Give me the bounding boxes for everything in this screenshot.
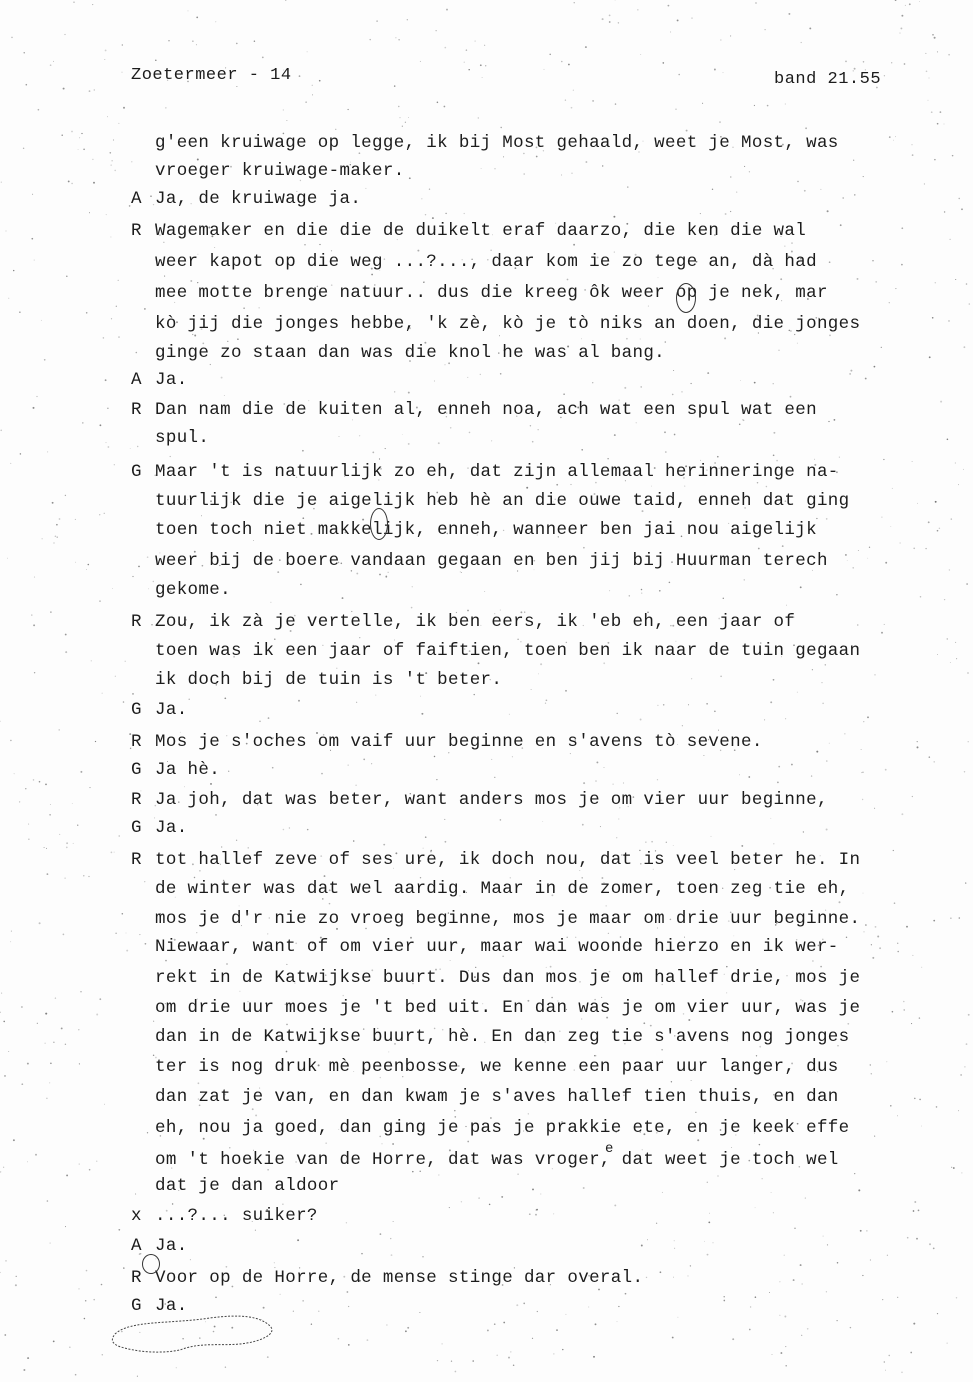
transcript-line: Ja joh, dat was beter, want anders mos j…	[155, 790, 828, 810]
transcript-line: Ja.	[155, 1236, 188, 1256]
speaker-label: x	[131, 1206, 142, 1226]
paper-noise	[0, 0, 973, 1382]
transcript-line: ...?... suiker?	[155, 1206, 318, 1226]
transcript-line: dan zat je van, en dan kwam je s'aves ha…	[155, 1087, 839, 1107]
typewritten-transcript-page: Zoetermeer - 14 band 21.55 g'een kruiwag…	[0, 0, 973, 1382]
transcript-line: Wagemaker en die die de duikelt eraf daa…	[155, 221, 806, 241]
transcript-line: mee motte brenge natuur.. dus die kreeg …	[155, 283, 828, 303]
transcript-line: kò jij die jonges hebbe, 'k zè, kò je tò…	[155, 314, 860, 334]
speaker-label: R	[131, 732, 142, 752]
transcript-line: mos je d'r nie zo vroeg beginne, mos je …	[155, 909, 860, 929]
transcript-line: Ja.	[155, 818, 188, 838]
speaker-label: R	[131, 1268, 142, 1288]
speaker-label: R	[131, 790, 142, 810]
speaker-label: G	[131, 818, 142, 838]
page-header-tape-number: band 21.55	[774, 70, 881, 89]
handwritten-circle-mark	[142, 1254, 160, 1274]
speaker-label: R	[131, 400, 142, 420]
transcript-line: ginge zo staan dan was die knol he was a…	[155, 343, 665, 363]
interlinear-correction: e	[605, 1141, 613, 1157]
speaker-label: R	[131, 612, 142, 632]
transcript-line: Voor op de Horre, de mense stinge dar ov…	[155, 1268, 643, 1288]
speaker-label: A	[131, 370, 142, 390]
speaker-label: R	[131, 850, 142, 870]
transcript-line: g'een kruiwage op legge, ik bij Most geh…	[155, 133, 839, 153]
transcript-line: Mos je s'oches om vaif uur beginne en s'…	[155, 732, 763, 752]
transcript-line: Dan nam die de kuiten al, enneh noa, ach…	[155, 400, 817, 420]
transcript-line: toen was ik een jaar of faiftien, toen b…	[155, 641, 860, 661]
speaker-label: A	[131, 1236, 142, 1256]
speaker-label: G	[131, 760, 142, 780]
transcript-line: om drie uur moes je 't bed uit. En dan w…	[155, 998, 860, 1018]
transcript-line: Ja.	[155, 370, 188, 390]
transcript-line: eh, nou ja goed, dan ging je pas je prak…	[155, 1118, 850, 1138]
speaker-label: G	[131, 462, 142, 482]
transcript-line: Zou, ik zà je vertelle, ik ben eers, ik …	[155, 612, 795, 632]
transcript-line: Niewaar, want of om vier uur, maar wai w…	[155, 937, 839, 957]
transcript-line: ter is nog druk mè peenbosse, we kenne e…	[155, 1057, 839, 1077]
speaker-label: G	[131, 700, 142, 720]
transcript-line: Ja, de kruiwage ja.	[155, 189, 361, 209]
transcript-line: weer bij de boere vandaan gegaan en ben …	[155, 551, 828, 571]
transcript-line: toen toch niet makkelijk, enneh, wanneer…	[155, 520, 817, 540]
transcript-line: om 't hoekie van de Horre, dat was vroge…	[155, 1150, 839, 1170]
handwritten-scribble	[110, 1312, 275, 1357]
transcript-line: weer kapot op die weg ...?..., daar kom …	[155, 252, 817, 272]
transcript-line: Ja hè.	[155, 760, 220, 780]
transcript-line: Maar 't is natuurlijk zo eh, dat zijn al…	[155, 462, 839, 482]
transcript-line: gekome.	[155, 580, 231, 600]
transcript-line: vroeger kruiwage-maker.	[155, 161, 405, 181]
transcript-line: Ja.	[155, 700, 188, 720]
transcript-line: ik doch bij de tuin is 't beter.	[155, 670, 502, 690]
transcript-line: spul.	[155, 428, 209, 448]
page-header-location: Zoetermeer - 14	[131, 66, 292, 85]
transcript-line: dat je dan aldoor	[155, 1176, 339, 1196]
speaker-label: A	[131, 189, 142, 209]
handwritten-circle-mark	[370, 508, 388, 540]
transcript-line: de winter was dat wel aardig. Maar in de…	[155, 879, 850, 899]
transcript-line: rekt in de Katwijkse buurt. Dus dan mos …	[155, 968, 860, 988]
transcript-line: dan in de Katwijkse buurt, hè. En dan ze…	[155, 1027, 850, 1047]
transcript-line: tot hallef zeve of ses ure, ik doch nou,…	[155, 850, 860, 870]
speaker-label: R	[131, 221, 142, 241]
transcript-line: tuurlijk die je aigelijk heb hè an die o…	[155, 491, 850, 511]
handwritten-circle-mark	[676, 283, 696, 313]
